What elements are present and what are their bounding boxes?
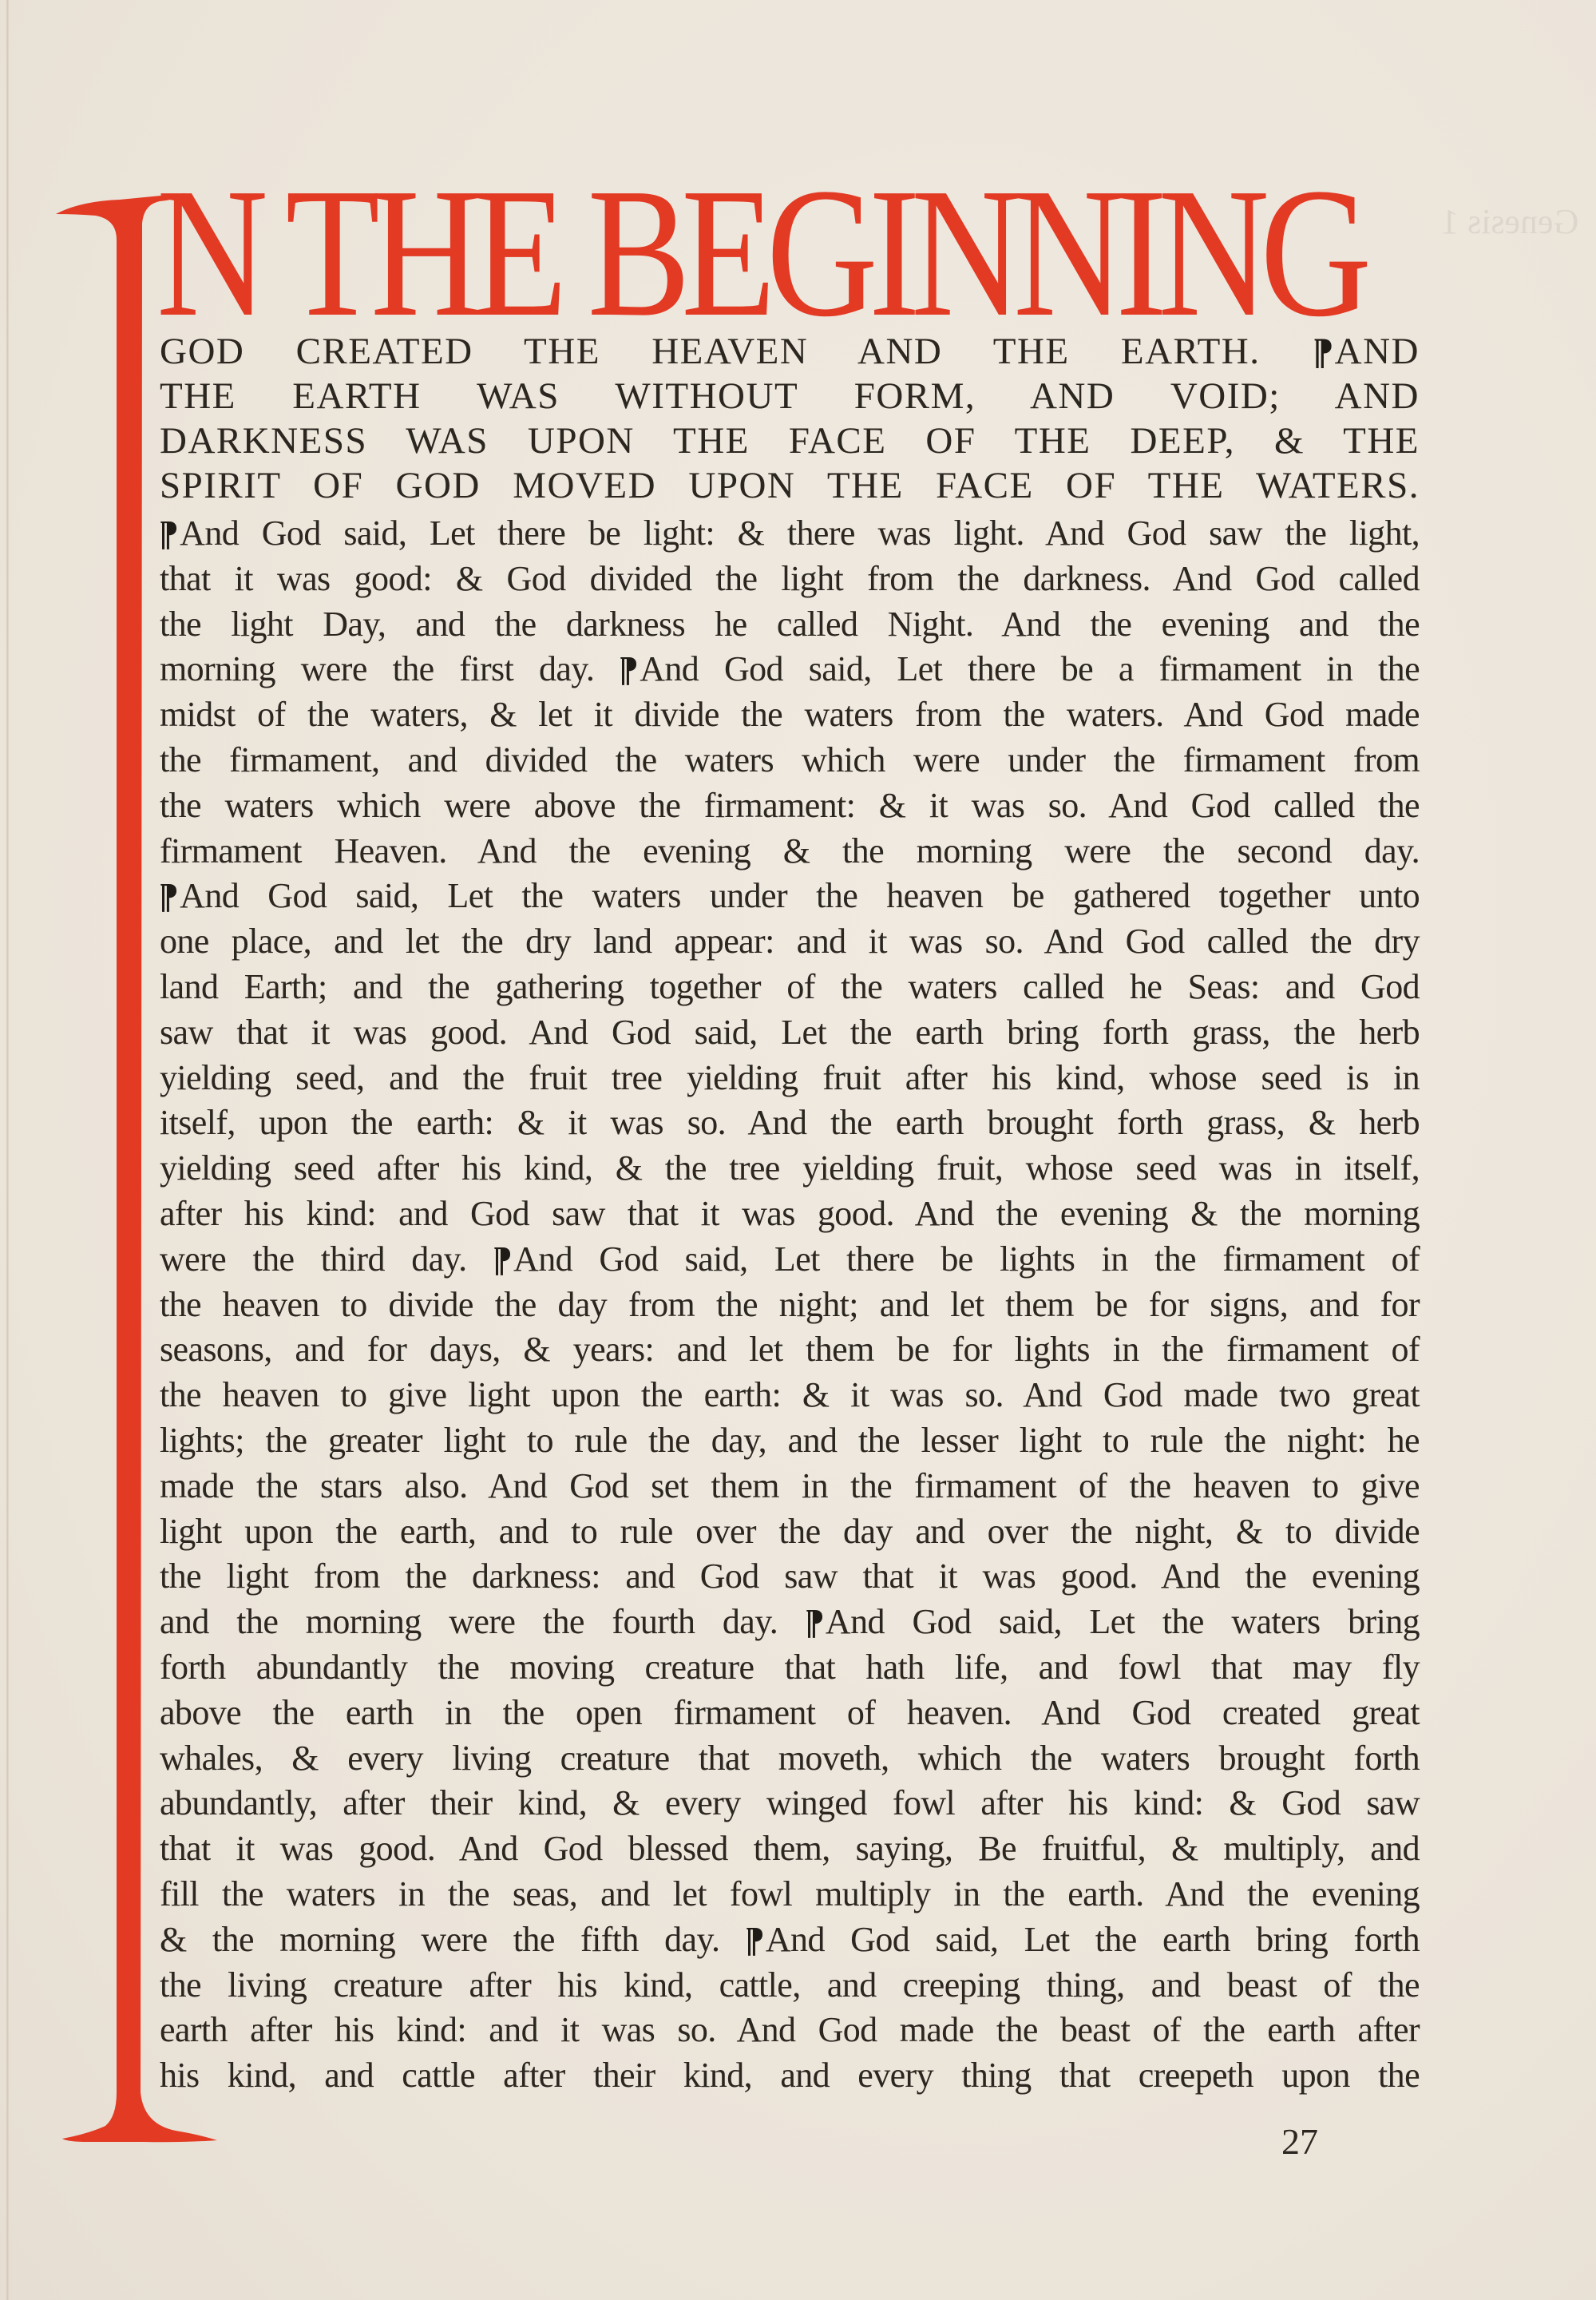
text-line: the heaven to divide the day from the ni… (160, 1283, 1420, 1327)
text-line: forth abundantly the moving creature tha… (160, 1645, 1420, 1690)
paragraph-mark-icon: ¶ (746, 1917, 764, 1962)
caps-line: SPIRIT OF GOD MOVED UPON THE FACE OF THE… (160, 463, 1420, 508)
text-line: lights; the greater light to rule the da… (160, 1418, 1420, 1463)
text-line: morning were the first day. ¶And God sai… (160, 647, 1420, 692)
text-line: made the stars also. And God set them in… (160, 1464, 1420, 1509)
text-line: yielding seed after his kind, & the tree… (160, 1146, 1420, 1191)
paragraph-mark-icon: ¶ (1312, 329, 1333, 374)
text-line: his kind, and cattle after their kind, a… (160, 2053, 1420, 2098)
text-line: & the morning were the fifth day. ¶And G… (160, 1917, 1420, 1962)
text-line: that it was good: & God divided the ligh… (160, 557, 1420, 601)
paragraph-mark-icon: ¶ (160, 511, 178, 556)
text-line: that it was good. And God blessed them, … (160, 1826, 1420, 1871)
paragraph-mark-icon: ¶ (620, 647, 638, 692)
text-line: yielding seed, and the fruit tree yieldi… (160, 1056, 1420, 1100)
page-number: 27 (1281, 2120, 1318, 2163)
text-line: above the earth in the open firmament of… (160, 1691, 1420, 1735)
text-line: midst of the waters, & let it divide the… (160, 692, 1420, 737)
text-line: the light from the darkness: and God saw… (160, 1554, 1420, 1599)
caps-line: THE EARTH WAS WITHOUT FORM, AND VOID; AN… (160, 374, 1420, 418)
text-line: seasons, and for days, & years: and let … (160, 1327, 1420, 1372)
text-line: after his kind: and God saw that it was … (160, 1192, 1420, 1236)
text-line: light upon the earth, and to rule over t… (160, 1509, 1420, 1554)
caps-line: DARKNESS WAS UPON THE FACE OF THE DEEP, … (160, 418, 1420, 463)
show-through-running-head: Genesis 1 (1441, 201, 1578, 242)
text-line: one place, and let the dry land appear: … (160, 919, 1420, 964)
text-line: earth after his kind: and it was so. And… (160, 2008, 1420, 2052)
text-line: saw that it was good. And God said, Let … (160, 1010, 1420, 1055)
text-line: the firmament, and divided the waters wh… (160, 738, 1420, 783)
caps-line: GOD CREATED THE HEAVEN AND THE EARTH. ¶A… (160, 329, 1420, 374)
text-line: and the morning were the fourth day. ¶An… (160, 1600, 1420, 1644)
text-line: the heaven to give light upon the earth:… (160, 1373, 1420, 1418)
text-line: ¶And God said, Let the waters under the … (160, 874, 1420, 918)
text-line: abundantly, after their kind, & every wi… (160, 1781, 1420, 1826)
text-line: firmament Heaven. And the evening & the … (160, 829, 1420, 874)
text-line: itself, upon the earth: & it was so. And… (160, 1100, 1420, 1145)
text-line: whales, & every living creature that mov… (160, 1736, 1420, 1781)
paragraph-mark-icon: ¶ (493, 1237, 512, 1282)
text-line: were the third day. ¶And God said, Let t… (160, 1237, 1420, 1282)
text-line: ¶And God said, Let there be light: & the… (160, 511, 1420, 556)
chapter-heading: N THE BEGINNING (156, 177, 1363, 329)
text-line: the light Day, and the darkness he calle… (160, 602, 1420, 647)
text-line: fill the waters in the seas, and let fow… (160, 1872, 1420, 1917)
text-line: the living creature after his kind, catt… (160, 1963, 1420, 2008)
paragraph-mark-icon: ¶ (806, 1600, 824, 1644)
paragraph-mark-icon: ¶ (160, 874, 178, 918)
text-line: the waters which were above the firmamen… (160, 783, 1420, 828)
heading-text: N THE BEGINNING (156, 150, 1363, 355)
text-line: land Earth; and the gathering together o… (160, 965, 1420, 1009)
